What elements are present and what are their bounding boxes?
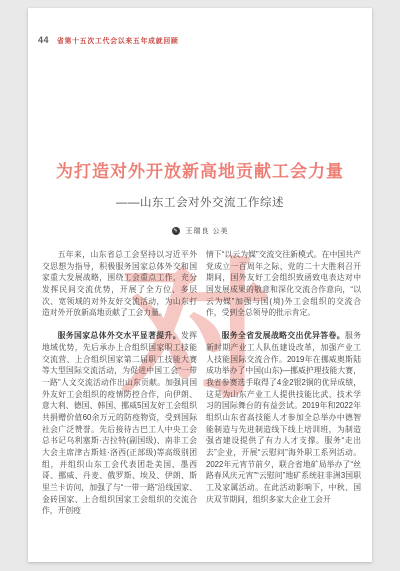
- article-title: 为打造对外开放新高地贡献工会力量: [28, 157, 372, 182]
- paragraph-lead: 服务全省发展战略交出优异答卷。: [222, 331, 345, 340]
- page-number: 44: [38, 35, 49, 45]
- author-names: 王瑞良 公美: [186, 228, 229, 235]
- author-pen-icon: ✎: [172, 227, 180, 235]
- page-header: 44 省第十五次工代会以来五年成就回顾: [38, 35, 362, 45]
- column-left: 五年来，山东省总工会坚持以习近平外交思想为指导，积极服务国家总体外交和国家重大发…: [42, 249, 197, 528]
- article-subtitle: ——山东工会对外交流工作综述: [28, 194, 372, 210]
- paragraph-lead: 服务国家总体外交水平显著提升。: [58, 331, 181, 340]
- paragraph: 服务国家总体外交水平显著提升。发挥地域优势，先后承办上合组织国家职工技能交流营、…: [42, 330, 197, 517]
- byline: ✎ 王瑞良 公美: [28, 226, 372, 236]
- magazine-page: 44 省第十五次工代会以来五年成就回顾 对 为打造对外开放新高地贡献工会力量 —…: [28, 8, 372, 562]
- page-background: 44 省第十五次工代会以来五年成就回顾 对 为打造对外开放新高地贡献工会力量 —…: [0, 0, 400, 571]
- paragraph: 五年来，山东省总工会坚持以习近平外交思想为指导，积极服务国家总体外交和国家重大发…: [42, 249, 197, 319]
- paragraph: 服务全省发展战略交出优异答卷。服务新时期产业工人队伍建设改革，加强产业工人技能国…: [206, 330, 361, 505]
- paragraph: 情下“以云为媒”交流交往新模式。在中国共产党成立一百周年之际、党的二十大胜利召开…: [206, 249, 361, 319]
- article-body: 五年来，山东省总工会坚持以习近平外交思想为指导，积极服务国家总体外交和国家重大发…: [42, 249, 361, 528]
- section-header: 省第十五次工代会以来五年成就回顾: [57, 35, 179, 45]
- column-right: 情下“以云为媒”交流交往新模式。在中国共产党成立一百周年之际、党的二十大胜利召开…: [206, 249, 361, 528]
